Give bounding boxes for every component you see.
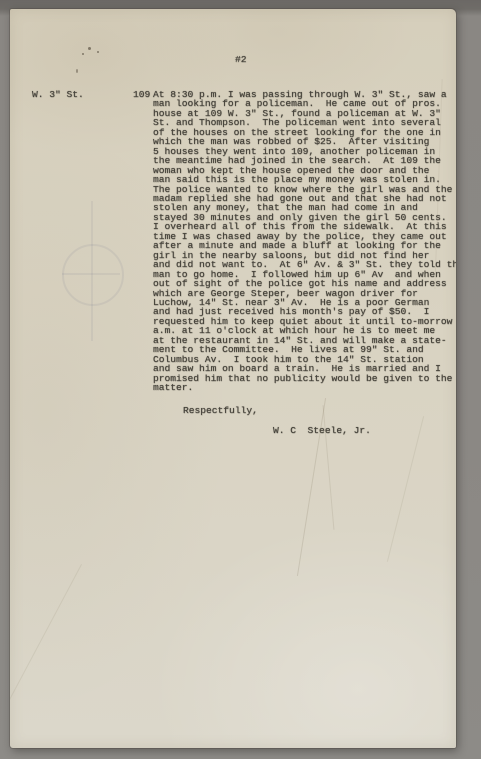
page-number: #2 bbox=[235, 55, 247, 64]
ink-speck bbox=[88, 47, 91, 50]
scan-backdrop: #2 W. 3" St. 109 At 8:30 p.m. I was pass… bbox=[0, 0, 481, 759]
paper-crease bbox=[387, 416, 424, 562]
report-body: At 8:30 p.m. I was passing through W. 3"… bbox=[153, 90, 456, 393]
paper-crease bbox=[10, 564, 82, 719]
ink-speck bbox=[82, 53, 84, 55]
closing-line: Respectfully, bbox=[183, 406, 258, 415]
ink-speck bbox=[97, 51, 99, 53]
document-page: #2 W. 3" St. 109 At 8:30 p.m. I was pass… bbox=[10, 9, 456, 748]
margin-house-number: 109 bbox=[133, 90, 150, 99]
ink-bleedthrough-stamp bbox=[62, 244, 124, 306]
ink-speck bbox=[76, 69, 78, 73]
margin-street-label: W. 3" St. bbox=[32, 90, 84, 99]
signature-line: W. C Steele, Jr. bbox=[273, 426, 371, 435]
paper-crease bbox=[323, 405, 335, 530]
